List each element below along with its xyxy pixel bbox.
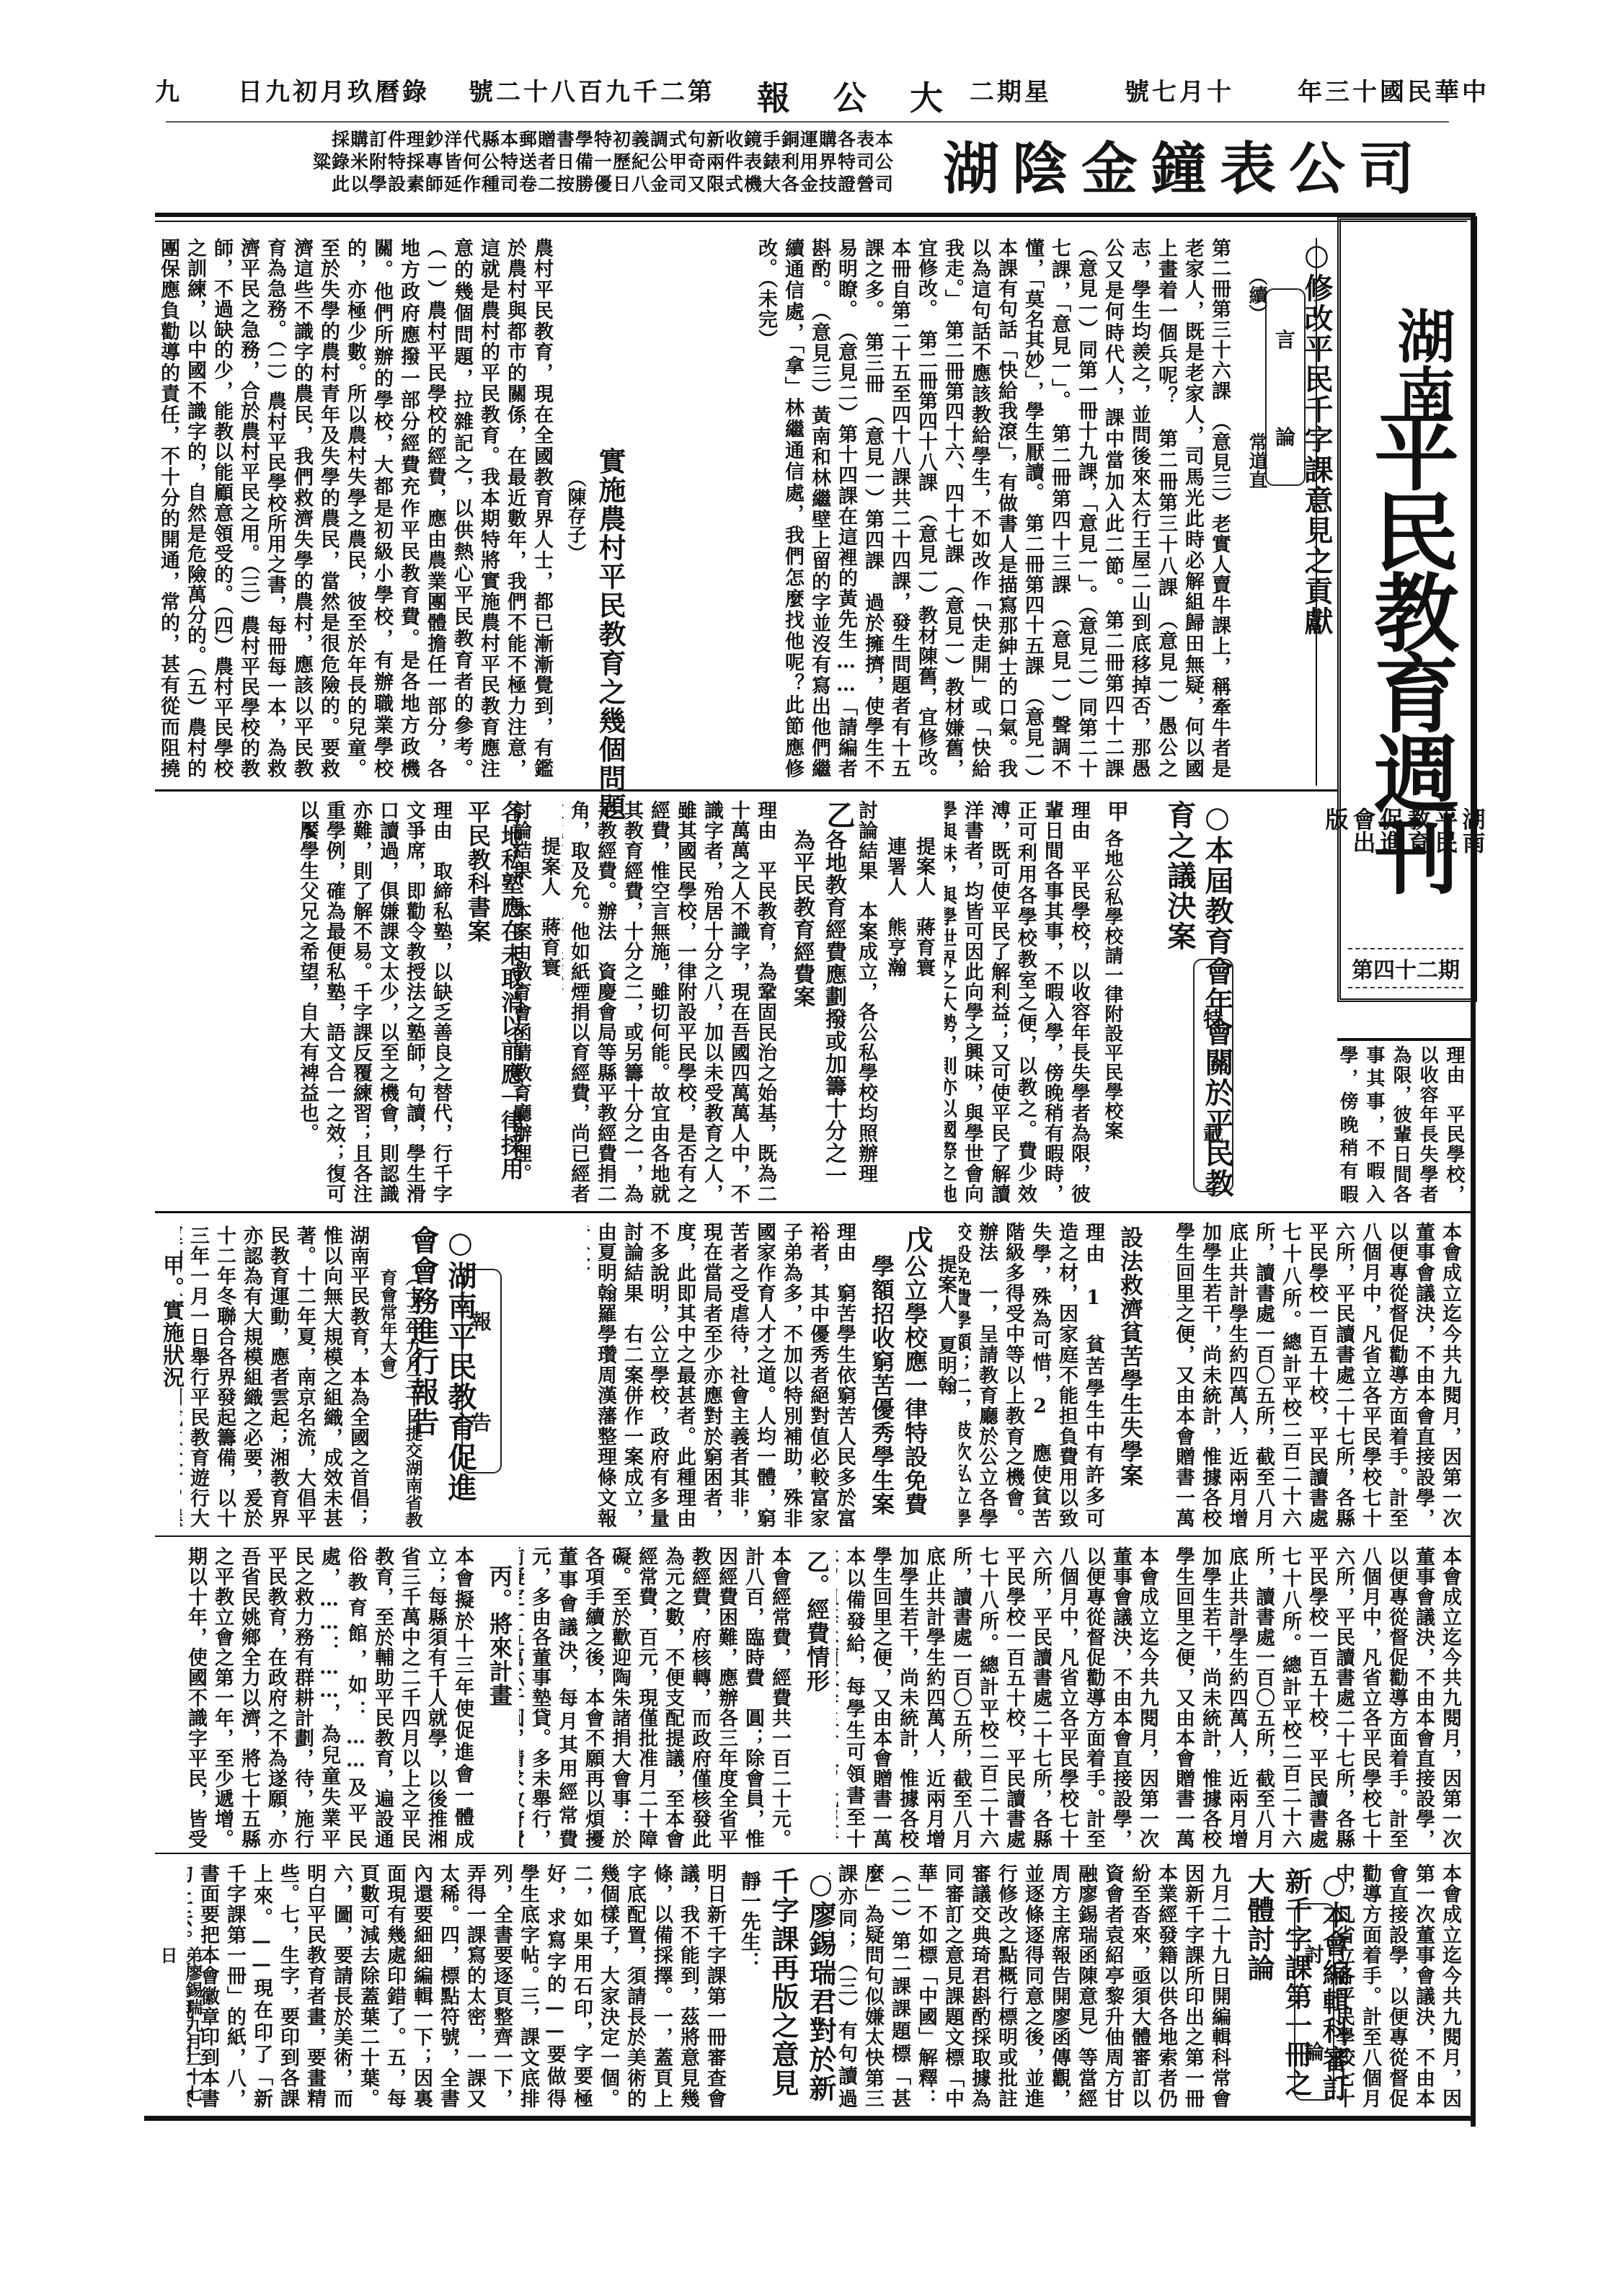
frame-bottom-rule xyxy=(144,2116,1474,2121)
supplement-issue-number: 第四十二期 xyxy=(1348,948,1463,988)
resolution-result-a: 討論結果 本案成立，各公私學校均照辦理 xyxy=(851,800,879,1204)
tier-rule-1b xyxy=(1337,1038,1471,1041)
resolution-result-e: 討論結果 右二案併作一案成立，由夏明翰羅學瓚周漢藩整理條文報告大會 xyxy=(588,1222,645,1528)
report-body-status-right: 本會成立迄今共九閱月，因第一次董事會議決，不由本會直接設學，以便專從督促勸導方面… xyxy=(1168,1222,1463,1528)
article-heading-editorial: ○本會編輯科審訂新千字課第一冊之大體討論 xyxy=(1240,1867,1352,2112)
section-tag-special: 特 載 xyxy=(1193,959,1233,1192)
article-continued-label: （續） xyxy=(1244,267,1270,323)
supplement-region: 湖南 xyxy=(1381,306,1463,422)
publisher-line: 平民 xyxy=(1433,807,1458,944)
resolution-proposer-a: 提案人 蔣育寰 xyxy=(908,836,937,1197)
letter-salutation: 靜一先生： xyxy=(735,1871,764,1972)
report-body-status-mid: 本會成立迄今共九閱月，因第一次董事會議決，不由本會直接設學，以便專從督促勸導方面… xyxy=(1168,1546,1463,1849)
frame-top-rule-thin xyxy=(155,221,1467,222)
resolution-body-e: 理由 窮苦學生依窮苦人民多於富裕者，其中優秀者絕對值必較富家子弟為多，不加以特別… xyxy=(649,1222,858,1528)
header-republic-year: 中華民國十三年 xyxy=(1298,72,1489,102)
ad-line: 公司特界用利錶表件兩奇甲公紀歷一備日者送特公何皆專採特附米錄粱 xyxy=(173,151,894,173)
frame-top-rule xyxy=(155,213,1474,217)
article-author-rural: （陳存子） xyxy=(562,469,589,562)
article-body-liao: 明日新千字課第一冊審查會議，我不能到，茲將意見幾條，以備採擇。一，蓋頁上字底配置… xyxy=(187,1863,728,2109)
tag-char: 論 xyxy=(1275,422,1295,451)
tier-rule-4 xyxy=(155,1853,1471,1854)
supplement-publisher: 湖南 平民 教育 促進 會出 版 xyxy=(1341,807,1467,944)
article-heading-liao: ○廖錫瑞君對於新千字課再版之意見 xyxy=(764,1867,839,2112)
resolution-cosigner-a: 連署人 熊亨瀚 xyxy=(879,836,908,1197)
header-rule xyxy=(166,121,1449,123)
advertisement-banner: 司公表鐘金陰湖 xyxy=(908,124,1427,196)
header-gregorian-date: 十月七號 xyxy=(1125,72,1234,102)
tag-char: 特 xyxy=(1203,1003,1223,1032)
tier-rule-2 xyxy=(155,1211,1471,1213)
resolution-title-e: 公立學校應一律特設免費學額招收窮苦優秀學生案 xyxy=(865,1254,931,1528)
article-body-editorial: 九月二十九日開編輯科常會因新千字課所印出之第一冊本業經發籍以供各地索者仍紛至沓來… xyxy=(829,1863,1233,2109)
resolution-label-b: 乙 xyxy=(818,800,859,830)
resolution-label-a: 甲 xyxy=(1099,800,1131,823)
resolution-body-c: 理由 取締私塾，以缺乏善良之替代，行千字文爭席，即勸令教授法之塾師，句讀，學生滑… xyxy=(155,800,454,1204)
article-author-revise: 常道直 xyxy=(1244,433,1270,489)
article-subtitle-report: （十三年九月三十日提交湖南省教育會常年大會） xyxy=(375,1269,425,1528)
resolution-title-a: 各地公私學校請一律附設平民學校案 xyxy=(1099,829,1126,1140)
report-body-status-tail: 本會成立迄今共九閱月，因第一次董事會議決，不由本會直接設學，以便專從督促勸導方面… xyxy=(1334,1863,1463,2109)
resolution-title-d: 設法救濟貧苦學生失學案 xyxy=(1114,1225,1147,1487)
report-label-plan: 丙。將來計畫 xyxy=(483,1564,516,1707)
article-heading-rural: 實施農村平民教育之幾個問題 xyxy=(591,447,629,822)
tier-rule-1 xyxy=(155,789,1337,792)
resolution-proposer-d: 提案人 夏明翰 xyxy=(930,1254,959,1528)
publisher-line: 會出 xyxy=(1351,807,1375,944)
tag-char: 載 xyxy=(1203,1119,1223,1148)
resolution-title-b: 各地教育經費應劃撥或加籌十分之一為平民教育經費案 xyxy=(786,829,849,1204)
tag-char: 言 xyxy=(1275,324,1295,353)
header-lunar-date: 錄曆玖月初九日 xyxy=(238,72,430,102)
resolution-body-a: 理由 平民學校，以收容年長失學者為限，彼輩日間各事其事，不暇入學，傍晚稍有暇時，… xyxy=(944,800,1092,1204)
letter-signature: 弟廖錫瑞九月二十七日 xyxy=(155,1946,205,2112)
header-issue-serial: 第二千九百八十二號 xyxy=(469,72,715,102)
article-body-commentary-right: 理由 平民學校，以收容年長失學者為限，彼輩日間各事其事，不暇入學，傍晚稍有暇時，… xyxy=(1337,1045,1467,1204)
publisher-line: 湖南 xyxy=(1461,807,1485,944)
resolution-body-b: 理由 平民教育，為鞏固民治之始基，既為二十萬萬之人不識字，現在吾國四萬萬人中，不… xyxy=(562,800,779,1204)
article-body-rural-top: 農村平民教育，現在全國教育界人士，都已漸漸覺到，有鑑於農村與都市的關係，在最近數… xyxy=(155,238,555,779)
header-paper-name: 大公報 xyxy=(757,72,986,102)
header-page-number: 九 xyxy=(155,72,182,102)
header-weekday: 星期二 xyxy=(970,72,1052,102)
resolution-body-d: 理由 1 貧苦學生中有許多可造之材，因家庭不能担負費用以致失學，殊為可惜，2 應… xyxy=(959,1222,1107,1528)
report-body-status-lower: 本會成立迄今共九閱月，因第一次董事會議決，不由本會直接設學，以便專從督促勸導方面… xyxy=(836,1546,1161,1849)
publisher-line: 促進 xyxy=(1378,807,1403,944)
article-intro-report: 湖南平民教育，本為全國之首倡；惟以向無大規模之組織，成效未甚著。十二年夏，南京名… xyxy=(180,1225,371,1528)
article-heading-revise: ○修改平民千字課意見之貢獻 xyxy=(1298,238,1335,637)
publisher-line: 版 xyxy=(1324,807,1348,944)
resolution-proposer-b: 提案人 蔣育寰 xyxy=(533,836,562,1197)
report-body-plan: 本會擬於十三年使促進會一體成立；每縣須有千人就學，以後推湘省三千萬中之二千四月以… xyxy=(155,1546,476,1849)
ad-line: 本表各購運銅手鏡收新句式調義初特學書贈郵本縣代洋鈔理件訂購採 xyxy=(173,128,894,151)
resolution-title-c: 各地私塾應在未取消以前應一律採用平民教科書案 xyxy=(461,800,528,1204)
report-label-funding: 乙。經費情形 xyxy=(800,1550,833,1693)
publisher-line: 教育 xyxy=(1406,807,1430,944)
resolution-label-e: 戊 xyxy=(898,1225,937,1254)
tier-rule-3 xyxy=(155,1535,1471,1537)
report-label-status: 甲。實施狀況 xyxy=(155,1254,187,1388)
ad-line: 司營證技金各大機式限又司金八日優勝按二卷司種作延師素設學以此 xyxy=(173,173,894,195)
advertisement-small-print: 本表各購運銅手鏡收新句式調義初特學書贈郵本縣代洋鈔理件訂購採 公司特界用利錶表件… xyxy=(173,128,894,197)
report-body-funding: 本會經常費，經費共一百二十元。計八百，臨時費 圓；除會員，惟因經費困難，應辦各三… xyxy=(519,1546,793,1849)
article-body-revise: 第二冊第三十六課 （意見三）老實人賣牛課上，稱牽牛者是老家人，既是老家人，司馬光… xyxy=(663,238,1233,779)
